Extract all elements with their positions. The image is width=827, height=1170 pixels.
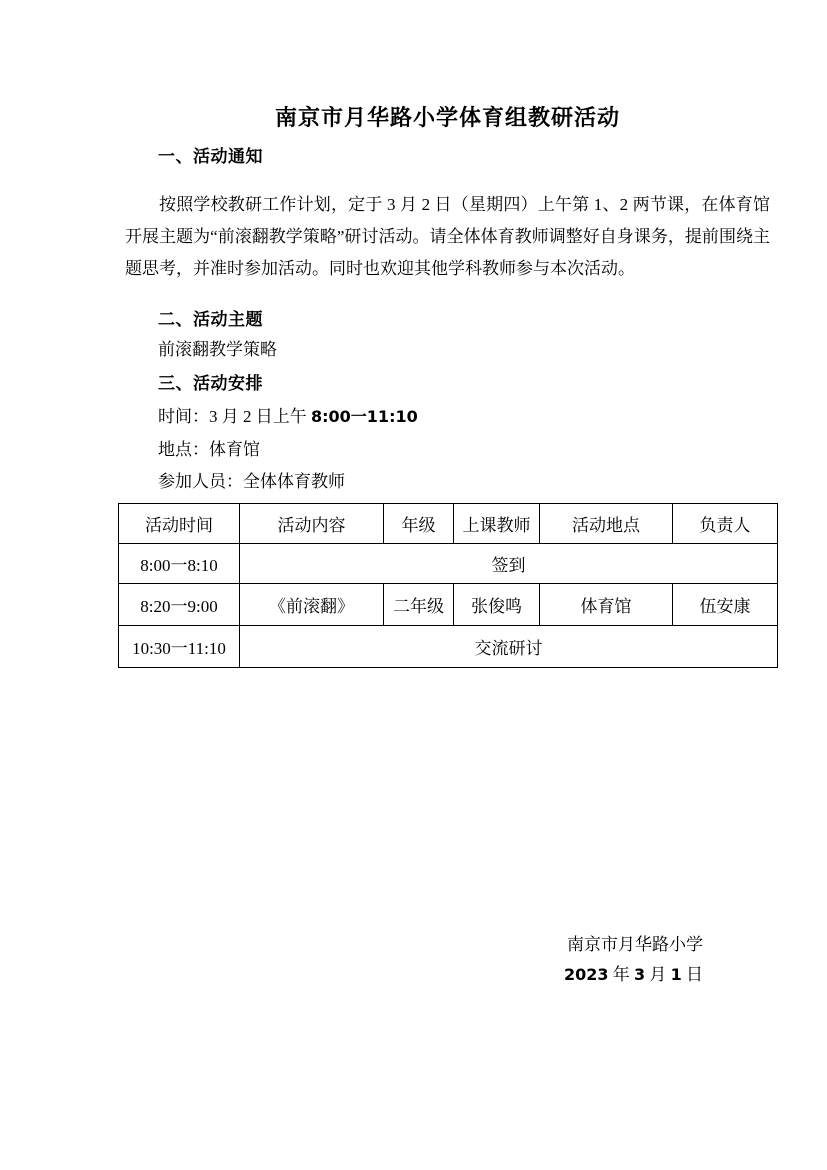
numeric-text-segment: 3 bbox=[634, 965, 645, 984]
numeric-text-segment: 8:00一11:10 bbox=[311, 407, 418, 426]
table-cell-grade: 二年级 bbox=[384, 584, 454, 626]
text-segment: 月 bbox=[645, 965, 671, 984]
table-cell-merged: 签到 bbox=[240, 544, 778, 584]
table-cell-time: 10:30一11:10 bbox=[119, 626, 240, 668]
header-cell-grade: 年级 bbox=[384, 504, 454, 544]
table-cell-content: 《前滚翻》 bbox=[240, 584, 384, 626]
header-cell-place: 活动地点 bbox=[540, 504, 673, 544]
activity-participants-line: 参加人员：全体体育教师 bbox=[158, 471, 345, 493]
numeric-text-segment: 2023 bbox=[564, 965, 609, 984]
table-cell-time: 8:00一8:10 bbox=[119, 544, 240, 584]
header-cell-content: 活动内容 bbox=[240, 504, 384, 544]
section1-notice-paragraph: 按照学校教研工作计划，定于 3 月 2 日（星期四）上午第 1、2 两节课，在体… bbox=[125, 189, 770, 285]
schedule-table: 活动时间 活动内容 年级 上课教师 活动地点 负责人 8:00一8:10 签到 … bbox=[118, 503, 778, 668]
footer-school-name: 南京市月华路小学 bbox=[567, 934, 703, 956]
table-cell-lead: 伍安康 bbox=[673, 584, 778, 626]
header-cell-time: 活动时间 bbox=[119, 504, 240, 544]
activity-time-line: 时间：3 月 2 日上午 8:00一11:10 bbox=[158, 406, 418, 428]
document-title: 南京市月华路小学体育组教研活动 bbox=[118, 103, 777, 133]
table-cell-time: 8:20一9:00 bbox=[119, 584, 240, 626]
table-cell-teacher: 张俊鸣 bbox=[454, 584, 540, 626]
text-segment: 年 bbox=[608, 965, 634, 984]
table-header-row: 活动时间 活动内容 年级 上课教师 活动地点 负责人 bbox=[119, 504, 778, 544]
numeric-text-segment: 1 bbox=[671, 965, 682, 984]
table-cell-merged: 交流研讨 bbox=[240, 626, 778, 668]
section3-heading: 三、活动安排 bbox=[158, 373, 263, 395]
text-segment: 时间：3 月 2 日上午 bbox=[158, 407, 311, 426]
table-row-signin: 8:00一8:10 签到 bbox=[119, 544, 778, 584]
table-row-lesson: 8:20一9:00 《前滚翻》 二年级 张俊鸣 体育馆 伍安康 bbox=[119, 584, 778, 626]
table-row-discussion: 10:30一11:10 交流研讨 bbox=[119, 626, 778, 668]
document-page: 南京市月华路小学体育组教研活动 一、活动通知 按照学校教研工作计划，定于 3 月… bbox=[0, 0, 827, 1170]
section2-heading: 二、活动主题 bbox=[158, 309, 263, 331]
header-cell-teacher: 上课教师 bbox=[454, 504, 540, 544]
section1-heading: 一、活动通知 bbox=[158, 146, 263, 168]
activity-theme-line: 前滚翻教学策略 bbox=[158, 339, 277, 361]
table-cell-place: 体育馆 bbox=[540, 584, 673, 626]
header-cell-lead: 负责人 bbox=[673, 504, 778, 544]
footer-date: 2023 年 3 月 1 日 bbox=[564, 964, 703, 986]
activity-place-line: 地点：体育馆 bbox=[158, 439, 260, 461]
text-segment: 日 bbox=[682, 965, 703, 984]
